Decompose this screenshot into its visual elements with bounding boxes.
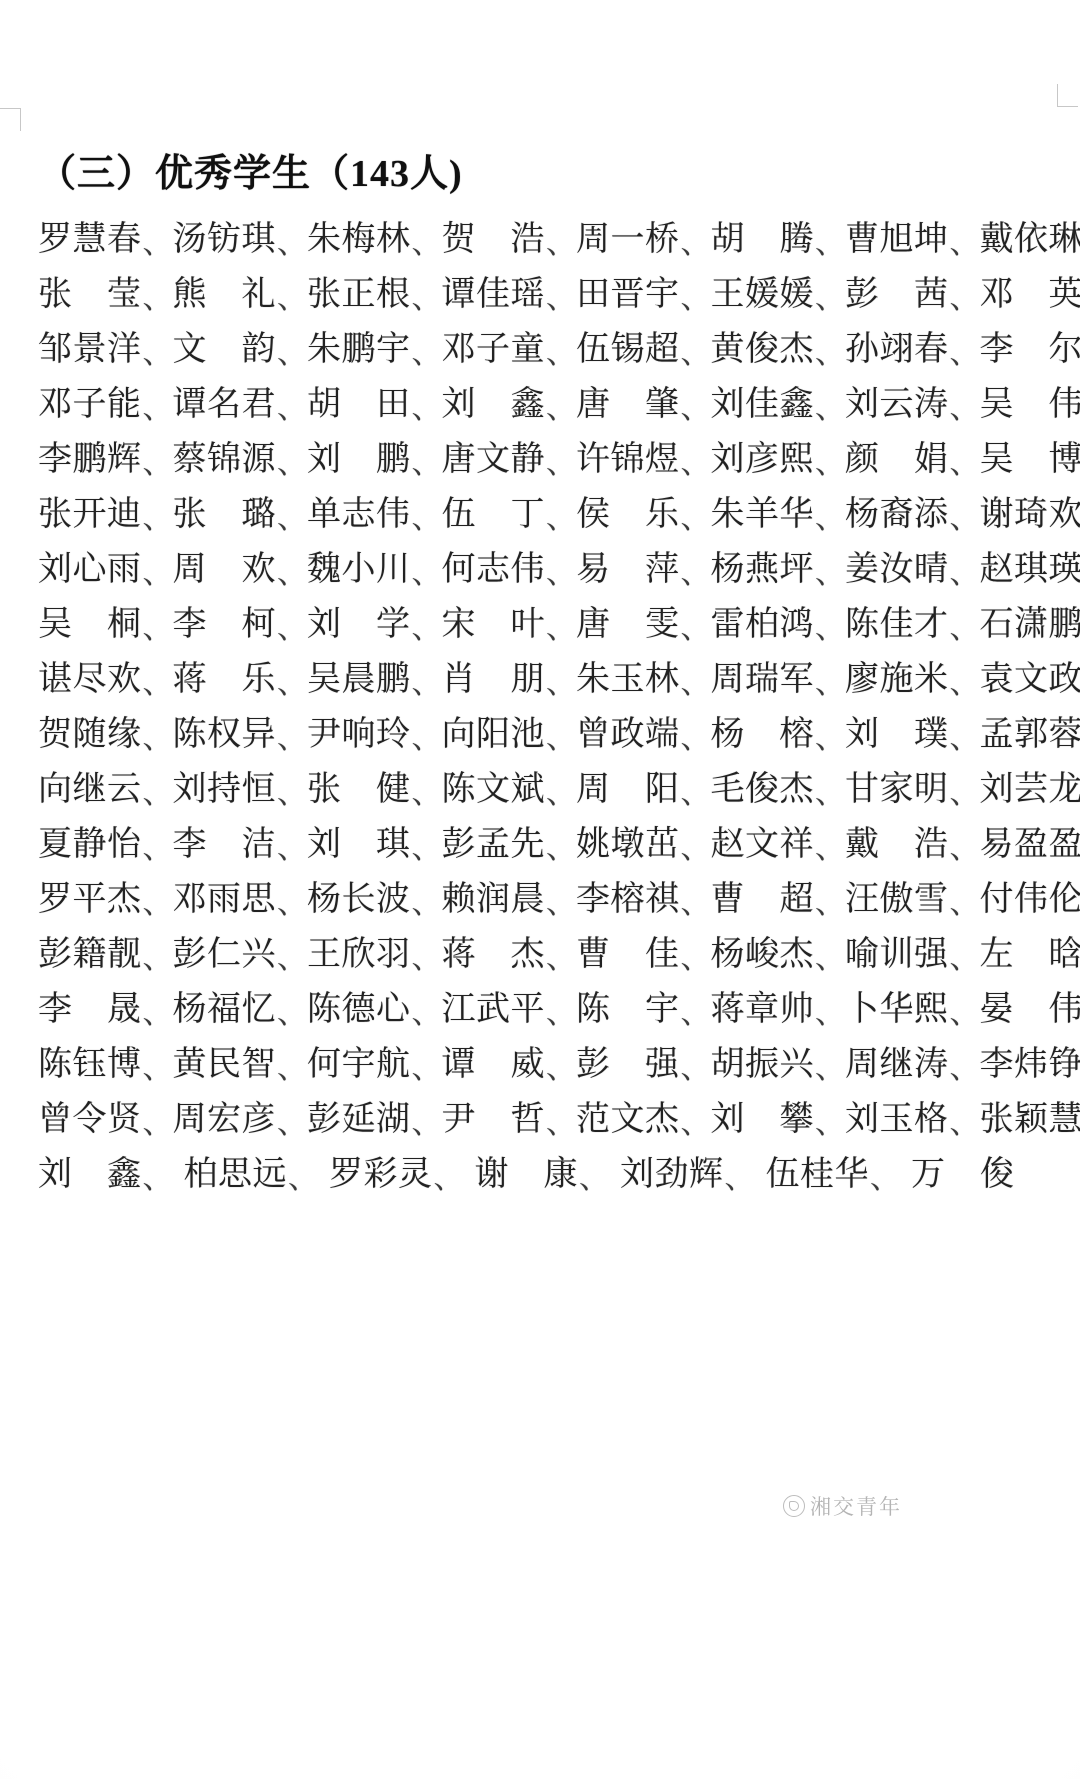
name-group: 邓子能、: [38, 376, 173, 425]
student-name: 周宏彦: [173, 1091, 277, 1140]
student-name: 胡 田: [307, 376, 411, 425]
name-group: 曹 佳、: [576, 926, 711, 975]
name-separator: 、: [950, 1098, 980, 1142]
student-name: 周 阳: [576, 761, 680, 810]
name-separator: 、: [815, 218, 845, 262]
name-group: 罗彩灵、: [329, 1146, 464, 1195]
name-group: 王媛媛、: [711, 266, 846, 315]
name-group: 喻训强、: [845, 926, 980, 975]
name-separator: 、: [412, 493, 442, 537]
student-name: 周 欢: [173, 541, 277, 590]
name-separator: 、: [950, 1043, 980, 1087]
student-name: 李炜铮: [980, 1036, 1080, 1085]
name-separator: 、: [412, 988, 442, 1032]
name-group: 刘 攀、: [711, 1091, 846, 1140]
name-row: 邹景洋、文 韵、朱鹏宇、邓子童、伍锡超、黄俊杰、孙翊春、李 尔: [38, 318, 1046, 373]
name-group: 李 洁、: [173, 816, 308, 865]
student-name: 刘劲辉: [620, 1146, 724, 1195]
name-group: 罗平杰、: [38, 871, 173, 920]
name-separator: 、: [412, 218, 442, 262]
name-group: 谌尽欢、: [38, 651, 173, 700]
name-separator: 、: [681, 1043, 711, 1087]
student-name: 魏小川: [307, 541, 411, 590]
student-name: 张 璐: [173, 486, 277, 535]
name-separator: 、: [277, 603, 307, 647]
name-separator: 、: [546, 493, 576, 537]
name-group: 卜华熙、: [845, 981, 980, 1030]
name-separator: 、: [143, 1153, 173, 1197]
name-separator: 、: [143, 768, 173, 812]
name-group: 范文杰、: [576, 1091, 711, 1140]
name-separator: 、: [950, 603, 980, 647]
name-group: 蔡锦源、: [173, 431, 308, 480]
name-row: 彭籍靓、彭仁兴、王欣羽、蒋 杰、曹 佳、杨峻杰、喻训强、左 晗: [38, 923, 1046, 978]
student-name: 刘云涛: [845, 376, 949, 425]
student-name: 戴依琳: [980, 211, 1080, 260]
student-name: 夏静怡: [38, 816, 142, 865]
name-group: 刘劲辉、: [620, 1146, 755, 1195]
name-separator: 、: [950, 658, 980, 702]
name-separator: 、: [950, 273, 980, 317]
name-separator: 、: [815, 933, 845, 977]
name-separator: 、: [815, 768, 845, 812]
name-separator: 、: [815, 548, 845, 592]
name-group: 贺随缘、: [38, 706, 173, 755]
name-group: 李 柯、: [173, 596, 308, 645]
name-group: 李榕祺、: [576, 871, 711, 920]
name-group: 王欣羽、: [307, 926, 442, 975]
student-name: 刘持恒: [173, 761, 277, 810]
name-separator: 、: [681, 438, 711, 482]
student-name: 罗慧春: [38, 211, 142, 260]
name-separator: 、: [681, 328, 711, 372]
name-row: 刘 鑫、柏思远、罗彩灵、谢 康、刘劲辉、伍桂华、万 俊: [38, 1143, 1046, 1198]
student-name: 刘 璞: [845, 706, 949, 755]
name-row: 李 晟、杨福忆、陈德心、江武平、陈 宇、蒋章帅、卜华熙、晏 伟: [38, 978, 1046, 1033]
student-name: 廖施米: [845, 651, 949, 700]
student-name: 刘 学: [307, 596, 411, 645]
student-name: 陈文斌: [442, 761, 546, 810]
name-group: 伍锡超、: [576, 321, 711, 370]
name-row: 刘心雨、周 欢、魏小川、何志伟、易 萍、杨燕坪、姜汝晴、赵琪瑛: [38, 538, 1046, 593]
student-name: 邓雨思: [173, 871, 277, 920]
name-group: 文 韵、: [173, 321, 308, 370]
name-group: 侯 乐、: [576, 486, 711, 535]
name-separator: 、: [412, 273, 442, 317]
name-separator: 、: [681, 383, 711, 427]
student-name: 陈权异: [173, 706, 277, 755]
name-group: 向阳池、: [442, 706, 577, 755]
name-group: 刘心雨、: [38, 541, 173, 590]
name-group: 曹旭坤、: [845, 211, 980, 260]
student-name: 谭名君: [173, 376, 277, 425]
student-name: 宋 叶: [442, 596, 546, 645]
name-row: 谌尽欢、蒋 乐、吴晨鹏、肖 朋、朱玉林、周瑞军、廖施米、袁文政: [38, 648, 1046, 703]
name-separator: 、: [412, 548, 442, 592]
name-separator: 、: [277, 218, 307, 262]
name-group: 许锦煜、: [576, 431, 711, 480]
name-group: 吴 桐、: [38, 596, 173, 645]
name-group: 熊 礼、: [173, 266, 308, 315]
student-name: 晏 伟: [980, 981, 1080, 1030]
student-name: 颜 娟: [845, 431, 949, 480]
student-name: 邓子能: [38, 376, 142, 425]
name-separator: 、: [143, 658, 173, 702]
name-group: 张 璐、: [173, 486, 308, 535]
name-separator: 、: [277, 658, 307, 702]
name-separator: 、: [950, 878, 980, 922]
student-name: 何宇航: [307, 1036, 411, 1085]
name-separator: 、: [815, 328, 845, 372]
name-separator: 、: [277, 933, 307, 977]
student-name: 杨 榕: [711, 706, 815, 755]
student-name: 伍桂华: [766, 1146, 870, 1195]
name-separator: 、: [546, 768, 576, 812]
name-group: 刘 鑫、: [442, 376, 577, 425]
student-name: 喻训强: [845, 926, 949, 975]
name-separator: 、: [143, 328, 173, 372]
name-group: 戴依琳: [980, 211, 1080, 260]
name-separator: 、: [950, 328, 980, 372]
student-name: 曹旭坤: [845, 211, 949, 260]
name-separator: 、: [815, 493, 845, 537]
student-name: 文 韵: [173, 321, 277, 370]
name-group: 孙翊春、: [845, 321, 980, 370]
name-separator: 、: [412, 713, 442, 757]
student-name: 柏思远: [184, 1146, 288, 1195]
student-name: 朱梅林: [307, 211, 411, 260]
name-separator: 、: [143, 1098, 173, 1142]
name-group: 甘家明、: [845, 761, 980, 810]
name-group: 何宇航、: [307, 1036, 442, 1085]
name-separator: 、: [546, 658, 576, 702]
name-separator: 、: [277, 823, 307, 867]
name-separator: 、: [546, 1098, 576, 1142]
name-group: 曹 超、: [711, 871, 846, 920]
student-name: 吴 桐: [38, 596, 142, 645]
name-group: 杨福忆、: [173, 981, 308, 1030]
student-name: 张正根: [307, 266, 411, 315]
student-name: 赵琪瑛: [980, 541, 1080, 590]
student-name: 曾政端: [576, 706, 680, 755]
name-group: 黄民智、: [173, 1036, 308, 1085]
name-group: 张 健、: [307, 761, 442, 810]
name-separator: 、: [143, 603, 173, 647]
student-name: 杨长波: [307, 871, 411, 920]
student-name: 袁文政: [980, 651, 1080, 700]
name-group: 贺 浩、: [442, 211, 577, 260]
student-name: 单志伟: [307, 486, 411, 535]
name-separator: 、: [143, 383, 173, 427]
student-name: 杨裔添: [845, 486, 949, 535]
student-name: 朱鹏宇: [307, 321, 411, 370]
name-group: 易 萍、: [576, 541, 711, 590]
name-group: 彭延湖、: [307, 1091, 442, 1140]
student-name: 杨峻杰: [711, 926, 815, 975]
student-name: 刘佳鑫: [711, 376, 815, 425]
name-separator: 、: [815, 1043, 845, 1087]
student-name: 彭 强: [576, 1036, 680, 1085]
name-group: 杨峻杰、: [711, 926, 846, 975]
name-row: 曾令贤、周宏彦、彭延湖、尹 哲、范文杰、刘 攀、刘玉格、张颖慧: [38, 1088, 1046, 1143]
wechat-account-logo-icon: [783, 1495, 805, 1517]
student-name: 石潇鹏: [980, 596, 1080, 645]
name-separator: 、: [815, 658, 845, 702]
name-separator: 、: [412, 438, 442, 482]
name-group: 戴 浩、: [845, 816, 980, 865]
student-name: 孟郭蓉: [980, 706, 1080, 755]
name-group: 柏思远、: [184, 1146, 319, 1195]
student-name: 彭延湖: [307, 1091, 411, 1140]
student-name: 李鹏辉: [38, 431, 142, 480]
student-name: 刘心雨: [38, 541, 142, 590]
student-name: 尹 哲: [442, 1091, 546, 1140]
student-name-list: 罗慧春、汤钫琪、朱梅林、贺 浩、周一桥、胡 腾、曹旭坤、戴依琳张 莹、熊 礼、张…: [38, 208, 1046, 1198]
name-group: 尹响玲、: [307, 706, 442, 755]
name-separator: 、: [277, 548, 307, 592]
name-separator: 、: [277, 383, 307, 427]
name-separator: 、: [681, 273, 711, 317]
student-name: 谢 康: [475, 1146, 579, 1195]
student-name: 胡 腾: [711, 211, 815, 260]
name-group: 万 俊: [911, 1146, 1015, 1195]
name-separator: 、: [412, 1043, 442, 1087]
student-name: 邓子童: [442, 321, 546, 370]
name-group: 姚墩茁、: [576, 816, 711, 865]
student-name: 王欣羽: [307, 926, 411, 975]
student-name: 卜华熙: [845, 981, 949, 1030]
name-group: 张开迪、: [38, 486, 173, 535]
student-name: 许锦煜: [576, 431, 680, 480]
name-group: 谢琦欢: [980, 486, 1080, 535]
name-group: 谭佳瑶、: [442, 266, 577, 315]
name-group: 向继云、: [38, 761, 173, 810]
student-name: 肖 朋: [442, 651, 546, 700]
name-group: 付伟伦: [980, 871, 1080, 920]
student-name: 刘 鑫: [442, 376, 546, 425]
name-group: 李炜铮: [980, 1036, 1080, 1085]
student-name: 刘 鹏: [307, 431, 411, 480]
name-group: 周继涛、: [845, 1036, 980, 1085]
student-name: 雷柏鸿: [711, 596, 815, 645]
student-name: 张 健: [307, 761, 411, 810]
name-separator: 、: [434, 1153, 464, 1197]
name-group: 姜汝晴、: [845, 541, 980, 590]
name-separator: 、: [546, 383, 576, 427]
name-separator: 、: [681, 603, 711, 647]
name-separator: 、: [681, 988, 711, 1032]
name-group: 杨燕坪、: [711, 541, 846, 590]
name-separator: 、: [950, 823, 980, 867]
name-separator: 、: [950, 933, 980, 977]
name-group: 胡 田、: [307, 376, 442, 425]
student-name: 吴晨鹏: [307, 651, 411, 700]
name-separator: 、: [143, 878, 173, 922]
student-name: 邓 英: [980, 266, 1080, 315]
student-name: 蒋 杰: [442, 926, 546, 975]
name-separator: 、: [815, 1098, 845, 1142]
student-name: 李 晟: [38, 981, 142, 1030]
name-row: 吴 桐、李 柯、刘 学、宋 叶、唐 雯、雷柏鸿、陈佳才、石潇鹏: [38, 593, 1046, 648]
student-name: 蒋章帅: [711, 981, 815, 1030]
name-separator: 、: [277, 1098, 307, 1142]
name-group: 伍 丁、: [442, 486, 577, 535]
name-group: 张正根、: [307, 266, 442, 315]
name-separator: 、: [288, 1153, 318, 1197]
name-group: 曾政端、: [576, 706, 711, 755]
name-group: 赵琪瑛: [980, 541, 1080, 590]
name-separator: 、: [412, 768, 442, 812]
name-group: 李 尔: [980, 321, 1080, 370]
name-group: 彭 茜、: [845, 266, 980, 315]
name-separator: 、: [143, 713, 173, 757]
name-group: 魏小川、: [307, 541, 442, 590]
name-group: 杨裔添、: [845, 486, 980, 535]
name-group: 唐文静、: [442, 431, 577, 480]
name-separator: 、: [412, 328, 442, 372]
name-separator: 、: [815, 438, 845, 482]
name-separator: 、: [815, 713, 845, 757]
name-separator: 、: [546, 823, 576, 867]
name-group: 胡振兴、: [711, 1036, 846, 1085]
name-separator: 、: [815, 603, 845, 647]
name-separator: 、: [681, 713, 711, 757]
name-group: 周 阳、: [576, 761, 711, 810]
name-separator: 、: [412, 1098, 442, 1142]
name-separator: 、: [546, 273, 576, 317]
name-separator: 、: [277, 493, 307, 537]
student-name: 周继涛: [845, 1036, 949, 1085]
name-group: 罗慧春、: [38, 211, 173, 260]
student-name: 刘 鑫: [38, 1146, 142, 1195]
name-group: 伍桂华、: [766, 1146, 901, 1195]
name-separator: 、: [546, 603, 576, 647]
student-name: 李 洁: [173, 816, 277, 865]
student-name: 吴 博: [980, 431, 1080, 480]
student-name: 刘 攀: [711, 1091, 815, 1140]
name-group: 刘持恒、: [173, 761, 308, 810]
student-name: 周一桥: [576, 211, 680, 260]
student-name: 姚墩茁: [576, 816, 680, 865]
student-name: 易盈盈: [980, 816, 1080, 865]
student-name: 周瑞军: [711, 651, 815, 700]
name-separator: 、: [681, 658, 711, 702]
student-name: 赵文祥: [711, 816, 815, 865]
name-separator: 、: [950, 768, 980, 812]
name-separator: 、: [950, 548, 980, 592]
student-name: 邹景洋: [38, 321, 142, 370]
student-name: 彭 茜: [845, 266, 949, 315]
student-name: 谌尽欢: [38, 651, 142, 700]
name-group: 廖施米、: [845, 651, 980, 700]
name-group: 曾令贤、: [38, 1091, 173, 1140]
name-group: 周一桥、: [576, 211, 711, 260]
student-name: 杨福忆: [173, 981, 277, 1030]
student-name: 黄俊杰: [711, 321, 815, 370]
name-separator: 、: [815, 273, 845, 317]
name-group: 蒋 杰、: [442, 926, 577, 975]
student-name: 曹 佳: [576, 926, 680, 975]
student-name: 胡振兴: [711, 1036, 815, 1085]
name-separator: 、: [950, 438, 980, 482]
name-group: 朱羊华、: [711, 486, 846, 535]
student-name: 汤钫琪: [173, 211, 277, 260]
name-separator: 、: [277, 1043, 307, 1087]
student-name: 向阳池: [442, 706, 546, 755]
name-group: 陈权异、: [173, 706, 308, 755]
name-separator: 、: [277, 713, 307, 757]
name-separator: 、: [143, 218, 173, 262]
student-name: 贺 浩: [442, 211, 546, 260]
name-group: 周瑞军、: [711, 651, 846, 700]
name-group: 朱玉林、: [576, 651, 711, 700]
name-group: 朱梅林、: [307, 211, 442, 260]
name-separator: 、: [143, 548, 173, 592]
name-separator: 、: [143, 273, 173, 317]
student-name: 刘芸龙: [980, 761, 1080, 810]
name-separator: 、: [546, 713, 576, 757]
name-group: 汪傲雪、: [845, 871, 980, 920]
student-name: 尹响玲: [307, 706, 411, 755]
student-name: 何志伟: [442, 541, 546, 590]
student-name: 曹 超: [711, 871, 815, 920]
student-name: 陈钰博: [38, 1036, 142, 1085]
student-name: 熊 礼: [173, 266, 277, 315]
name-row: 邓子能、谭名君、胡 田、刘 鑫、唐 肇、刘佳鑫、刘云涛、吴 伟: [38, 373, 1046, 428]
student-name: 刘玉格: [845, 1091, 949, 1140]
name-group: 陈钰博、: [38, 1036, 173, 1085]
student-name: 赖润晨: [442, 871, 546, 920]
name-row: 李鹏辉、蔡锦源、刘 鹏、唐文静、许锦煜、刘彦熙、颜 娟、吴 博: [38, 428, 1046, 483]
name-separator: 、: [546, 548, 576, 592]
name-group: 刘 鑫、: [38, 1146, 173, 1195]
name-group: 黄俊杰、: [711, 321, 846, 370]
name-group: 邹景洋、: [38, 321, 173, 370]
student-name: 彭孟先: [442, 816, 546, 865]
student-name: 李榕祺: [576, 871, 680, 920]
name-group: 陈文斌、: [442, 761, 577, 810]
name-group: 张颖慧: [980, 1091, 1080, 1140]
name-separator: 、: [277, 273, 307, 317]
student-name: 姜汝晴: [845, 541, 949, 590]
name-group: 刘云涛、: [845, 376, 980, 425]
student-name: 蒋 乐: [173, 651, 277, 700]
name-group: 彭籍靓、: [38, 926, 173, 975]
name-separator: 、: [546, 988, 576, 1032]
name-separator: 、: [681, 823, 711, 867]
name-separator: 、: [412, 658, 442, 702]
student-name: 朱玉林: [576, 651, 680, 700]
student-name: 付伟伦: [980, 871, 1080, 920]
name-separator: 、: [815, 823, 845, 867]
name-separator: 、: [815, 878, 845, 922]
student-name: 江武平: [442, 981, 546, 1030]
name-separator: 、: [681, 548, 711, 592]
name-group: 孟郭蓉: [980, 706, 1080, 755]
name-group: 彭仁兴、: [173, 926, 308, 975]
name-group: 毛俊杰、: [711, 761, 846, 810]
name-separator: 、: [143, 988, 173, 1032]
name-group: 胡 腾、: [711, 211, 846, 260]
name-group: 石潇鹏: [980, 596, 1080, 645]
watermark-label: 湘交青年: [810, 1491, 902, 1521]
name-group: 周宏彦、: [173, 1091, 308, 1140]
name-group: 彭 强、: [576, 1036, 711, 1085]
page-corner-mark-left: [0, 108, 21, 131]
name-group: 刘 璞、: [845, 706, 980, 755]
name-separator: 、: [143, 1043, 173, 1087]
name-group: 雷柏鸿、: [711, 596, 846, 645]
